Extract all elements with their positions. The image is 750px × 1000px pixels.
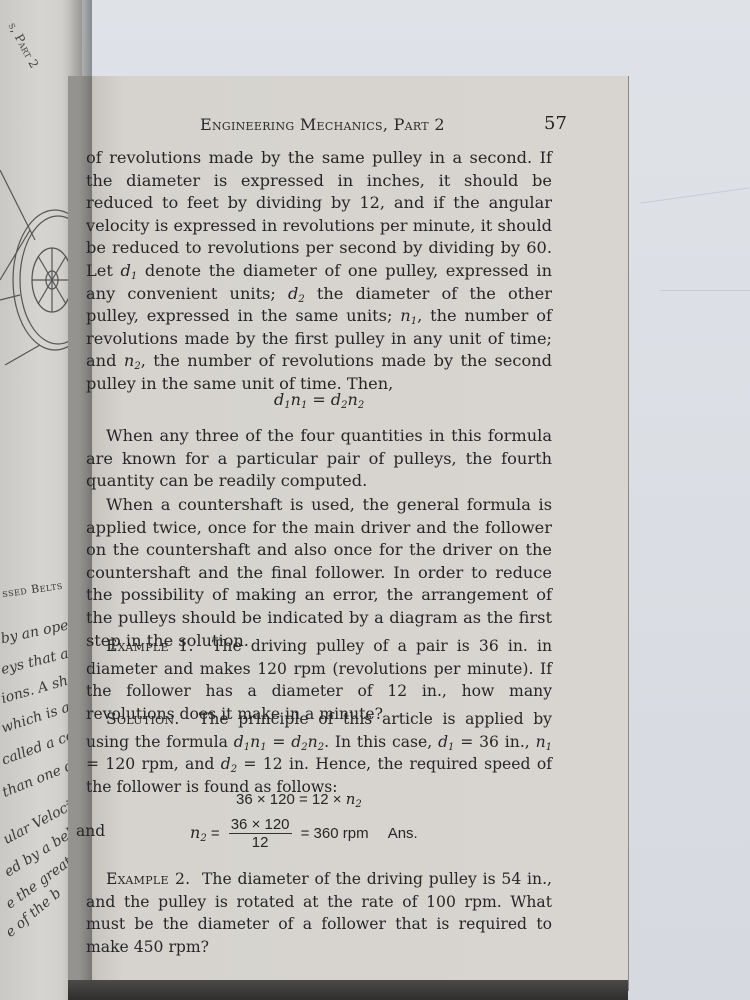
var-d1: d1 bbox=[121, 261, 138, 280]
answer-label: Ans. bbox=[388, 825, 418, 842]
text-run: , the number of revolutions made by the … bbox=[86, 351, 552, 393]
equation-step-1: 36 × 120 = 12 × n2 bbox=[236, 790, 362, 808]
page-number: 57 bbox=[544, 113, 567, 134]
paragraph-countershaft: When a countershaft is used, the general… bbox=[86, 494, 552, 652]
var-n2: n2 bbox=[124, 351, 141, 370]
example-1-solution: Solution. The principle of this article … bbox=[86, 708, 552, 798]
equation-step-2: n2 = 36 × 120 12 = 360 rpm Ans. bbox=[190, 816, 418, 851]
var-n1: n1 bbox=[400, 306, 417, 325]
var-d2: d2 bbox=[288, 284, 305, 303]
desk-scratch bbox=[640, 187, 749, 203]
example-1-label: Example 1. bbox=[106, 637, 194, 655]
fraction: 36 × 120 12 bbox=[229, 816, 292, 851]
previous-page-running-head: s, Part 2 bbox=[6, 20, 42, 70]
formula-main: d1n1 = d2n2 bbox=[274, 390, 364, 409]
paragraph-four-quantities: When any three of the four quantities in… bbox=[86, 425, 552, 493]
page-bottom-edge bbox=[68, 980, 628, 1000]
example-2: Example 2. The diameter of the driving p… bbox=[86, 868, 552, 958]
solution-label: Solution. bbox=[106, 710, 180, 728]
running-head: Engineering Mechanics, Part 2 bbox=[200, 115, 445, 134]
paragraph-pulley-definitions: of revolutions made by the same pulley i… bbox=[86, 147, 552, 396]
and-label: and bbox=[76, 822, 105, 840]
example-2-label: Example 2. bbox=[106, 870, 190, 888]
desk-scratch bbox=[660, 290, 750, 291]
previous-page-caption: ssed Belts bbox=[1, 579, 63, 600]
